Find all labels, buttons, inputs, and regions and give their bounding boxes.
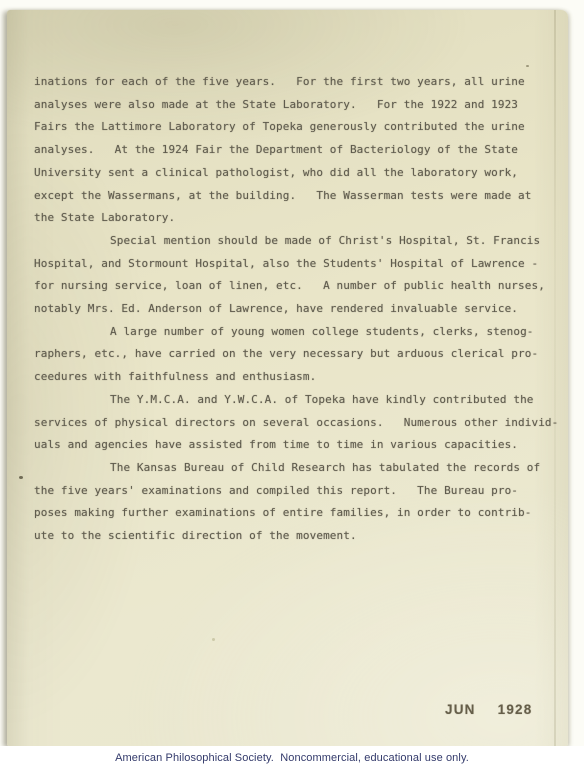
paper-speck bbox=[19, 476, 23, 479]
date-stamp: JUN1928 bbox=[445, 702, 532, 717]
paper-speck bbox=[212, 638, 215, 641]
text-line: ute to the scientific direction of the m… bbox=[34, 525, 554, 548]
text-line: inations for each of the five years. For… bbox=[34, 71, 554, 94]
paper-sheet: inations for each of the five years. For… bbox=[7, 10, 568, 746]
text-line: ceedures with faithfulness and enthusias… bbox=[34, 366, 554, 389]
text-line: the five years' examinations and compile… bbox=[34, 480, 554, 503]
text-line: Fairs the Lattimore Laboratory of Topeka… bbox=[34, 116, 554, 139]
text-line: notably Mrs. Ed. Anderson of Lawrence, h… bbox=[34, 298, 554, 321]
text-line: University sent a clinical pathologist, … bbox=[34, 162, 554, 185]
paragraph: Special mention should be made of Christ… bbox=[34, 230, 554, 321]
text-line: except the Wassermans, at the building. … bbox=[34, 185, 554, 208]
text-line: services of physical directors on severa… bbox=[34, 412, 554, 435]
text-line: The Y.M.C.A. and Y.W.C.A. of Topeka have… bbox=[34, 389, 554, 412]
paragraph: The Y.M.C.A. and Y.W.C.A. of Topeka have… bbox=[34, 389, 554, 457]
text-line: Special mention should be made of Christ… bbox=[34, 230, 554, 253]
typewritten-text: inations for each of the five years. For… bbox=[34, 71, 554, 548]
paragraph: A large number of young women college st… bbox=[34, 321, 554, 389]
text-line: Hospital, and Stormount Hospital, also t… bbox=[34, 253, 554, 276]
paragraph: inations for each of the five years. For… bbox=[34, 71, 554, 230]
text-line: for nursing service, loan of linen, etc.… bbox=[34, 275, 554, 298]
stamp-month: JUN bbox=[445, 702, 476, 717]
paragraph: The Kansas Bureau of Child Research has … bbox=[34, 457, 554, 548]
paper-speck bbox=[526, 65, 529, 67]
text-line: analyses. At the 1924 Fair the Departmen… bbox=[34, 139, 554, 162]
caption-bar: American Philosophical Society. Noncomme… bbox=[0, 746, 584, 770]
text-line: A large number of young women college st… bbox=[34, 321, 554, 344]
text-line: raphers, etc., have carried on the very … bbox=[34, 343, 554, 366]
scanned-document: inations for each of the five years. For… bbox=[0, 0, 584, 770]
text-line: poses making further examinations of ent… bbox=[34, 502, 554, 525]
paper-crease bbox=[554, 10, 556, 746]
stamp-year: 1928 bbox=[498, 702, 533, 717]
text-line: The Kansas Bureau of Child Research has … bbox=[34, 457, 554, 480]
text-line: uals and agencies have assisted from tim… bbox=[34, 434, 554, 457]
text-line: analyses were also made at the State Lab… bbox=[34, 94, 554, 117]
caption-text: American Philosophical Society. Noncomme… bbox=[115, 752, 469, 764]
text-line: the State Laboratory. bbox=[34, 207, 554, 230]
